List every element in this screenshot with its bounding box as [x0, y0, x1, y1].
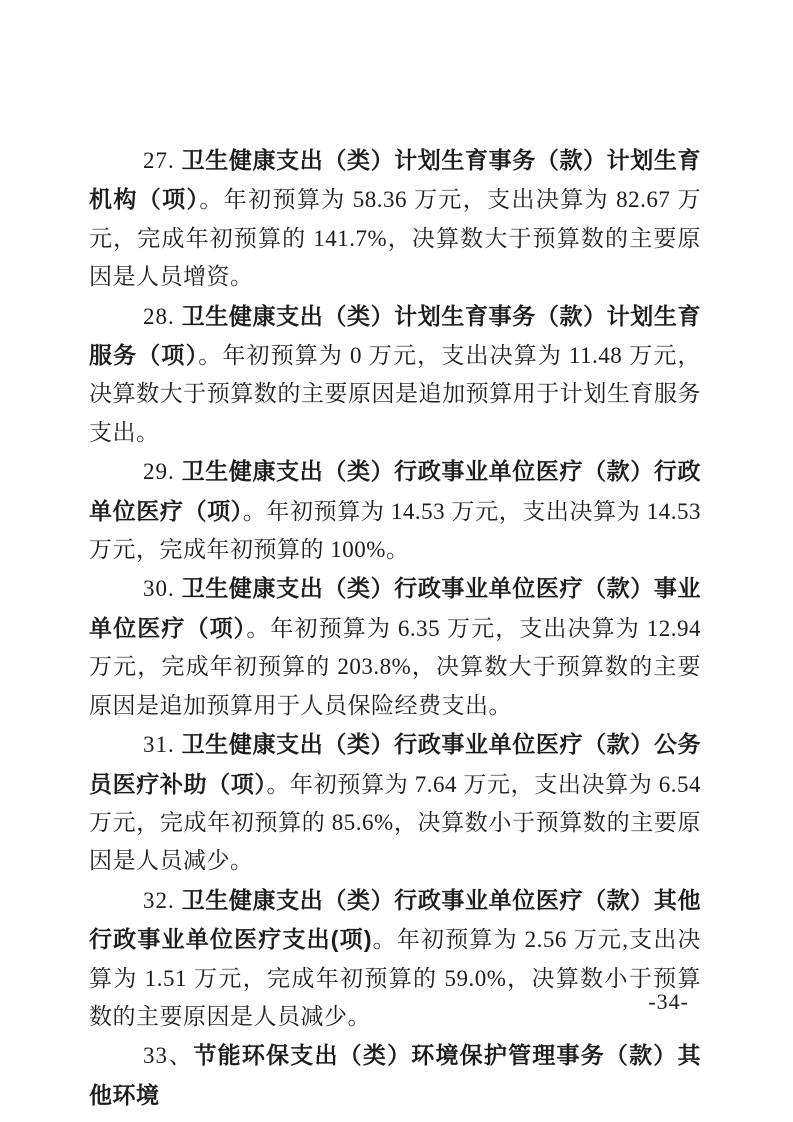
paragraph-number: 31. [143, 732, 182, 757]
paragraph-number: 28. [143, 304, 182, 329]
paragraph-number: 32. [143, 888, 182, 913]
document-page: 27. 卫生健康支出（类）计划生育事务（款）计划生育机构（项）。年初预算为 58… [0, 0, 793, 1122]
document-content: 27. 卫生健康支出（类）计划生育事务（款）计划生育机构（项）。年初预算为 58… [89, 141, 701, 1115]
paragraph-number: 30. [143, 576, 182, 601]
paragraph-27: 27. 卫生健康支出（类）计划生育事务（款）计划生育机构（项）。年初预算为 58… [89, 141, 701, 297]
paragraph-29: 29. 卫生健康支出（类）行政事业单位医疗（款）行政单位医疗（项）。年初预算为 … [89, 452, 701, 569]
paragraph-number: 27. [143, 148, 182, 173]
paragraph-28: 28. 卫生健康支出（类）计划生育事务（款）计划生育服务（项）。年初预算为 0 … [89, 297, 701, 453]
page-number: -34- [648, 989, 689, 1015]
paragraph-31: 31. 卫生健康支出（类）行政事业单位医疗（款）公务员医疗补助（项）。年初预算为… [89, 725, 701, 881]
paragraph-32: 32. 卫生健康支出（类）行政事业单位医疗（款）其他行政事业单位医疗支出(项)。… [89, 881, 701, 1037]
paragraph-number: 33、 [143, 1043, 193, 1068]
paragraph-number: 29. [143, 459, 182, 484]
paragraph-30: 30. 卫生健康支出（类）行政事业单位医疗（款）事业单位医疗（项）。年初预算为 … [89, 569, 701, 725]
paragraph-33: 33、节能环保支出（类）环境保护管理事务（款）其他环境 [89, 1036, 701, 1115]
